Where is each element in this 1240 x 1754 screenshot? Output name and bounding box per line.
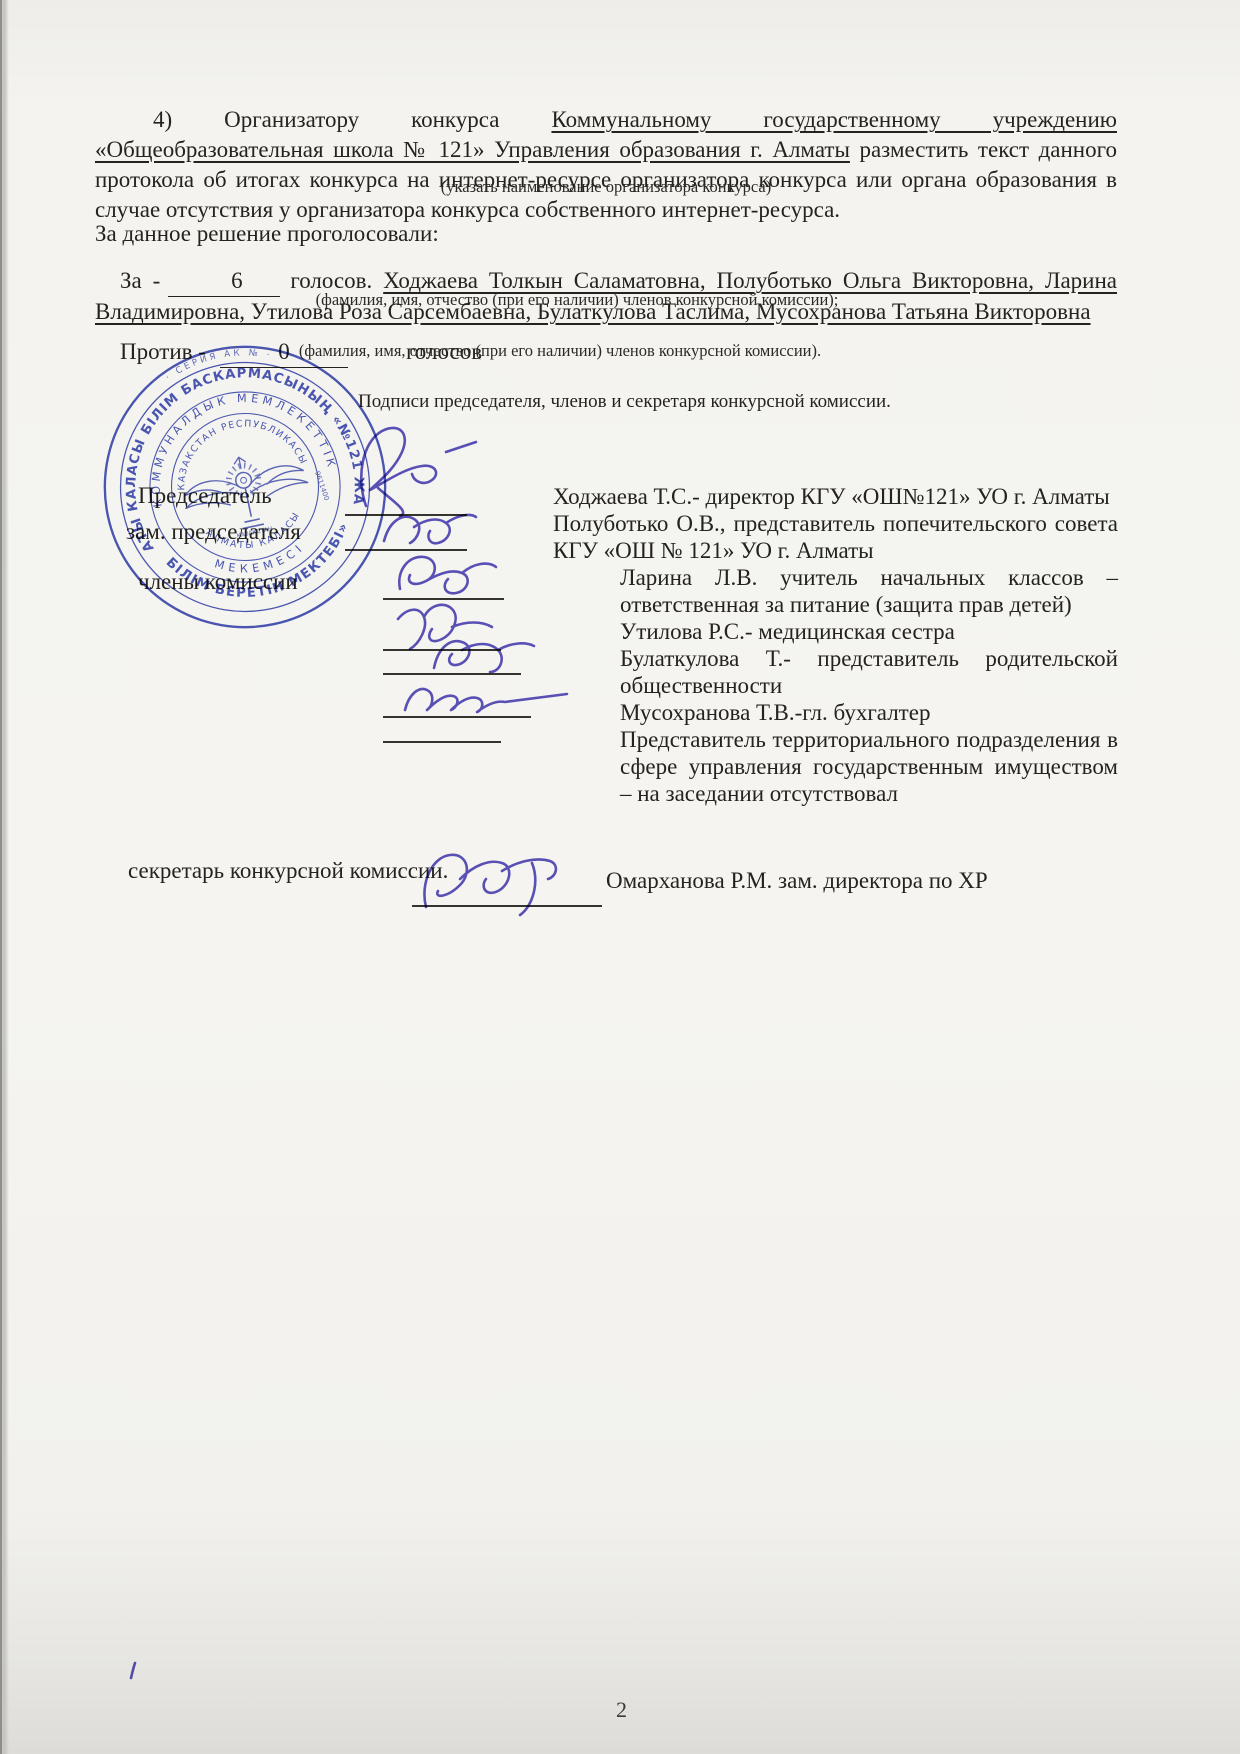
paragraph-4: 4) Организатору конкурса Коммунальному г…	[95, 105, 1117, 225]
kazakhstan-emblem: КАЗАКСТАН 9611400	[177, 440, 335, 549]
scan-edge	[0, 0, 9, 1754]
pen-mark	[126, 1657, 140, 1683]
commission-member-entry: Булаткулова Т.- представитель родительск…	[620, 645, 1118, 699]
page-number: 2	[616, 1697, 627, 1723]
commission-member-entry: Ларина Л.В. учитель начальных классов – …	[620, 564, 1118, 618]
signature-chairman	[348, 418, 490, 518]
commission-member-entry: Мусохранова Т.В.-гл. бухгалтер	[620, 699, 1118, 726]
signature-member-4	[395, 674, 575, 720]
secretary-name: Омарханова Р.М. зам. директора по ХР	[606, 866, 988, 896]
signature-deputy	[372, 505, 482, 551]
commission-member-entry: Ходжаева Т.С.- директор КГУ «ОШ№121» УО …	[553, 483, 1118, 510]
signature-line-7	[383, 741, 501, 743]
signature-member-1	[386, 547, 502, 603]
stamp-reg-number: 9611400	[313, 470, 331, 502]
signature-secretary	[410, 843, 614, 921]
paragraph-4-lead: 4) Организатору конкурса	[153, 107, 551, 132]
commission-member-entry: Полуботько О.В., представитель попечител…	[553, 510, 1118, 564]
commission-member-entry: Представитель территориального подраздел…	[620, 726, 1118, 807]
scanned-protocol-page: 4) Организатору конкурса Коммунальному г…	[0, 0, 1240, 1754]
signatures-heading: Подписи председателя, членов и секретаря…	[358, 391, 891, 413]
voting-heading: За данное решение проголосовали:	[95, 219, 439, 249]
secretary-label: секретарь конкурсной комиссии.	[128, 856, 448, 886]
vote-for-caption: (фамилия, имя, отчество (при его наличии…	[66, 290, 1088, 310]
commission-member-entry: Утилова Р.С.- медицинская сестра	[620, 618, 1118, 645]
organizer-caption: (указать наименование организатора конку…	[95, 177, 1117, 197]
signature-member-3	[420, 630, 538, 678]
